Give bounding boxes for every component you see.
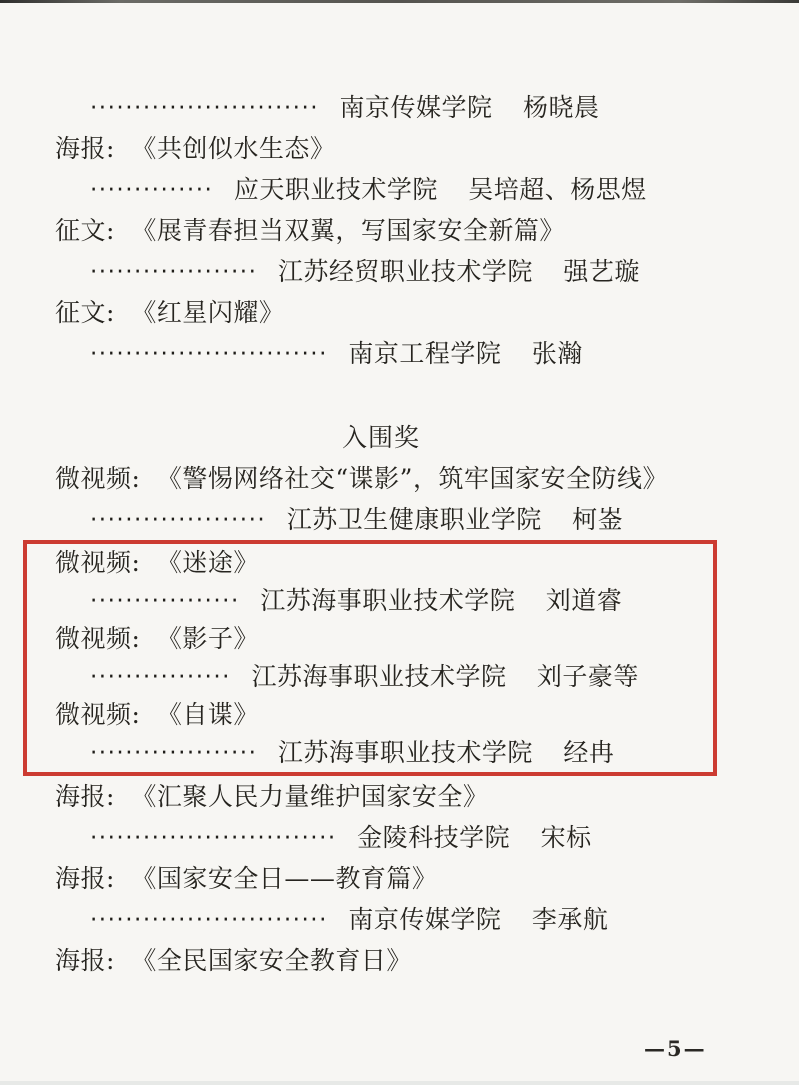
dot-leader: ·························· <box>90 95 319 121</box>
award-work-title: 《汇聚人民力量维护国家安全》 <box>131 782 488 811</box>
award-category: 征文: <box>55 298 115 327</box>
award-title-line: 海报: 《共创似水生态》 <box>55 128 749 169</box>
org-name: 南京工程学院 <box>348 339 501 368</box>
winner-name: 李承航 <box>532 905 609 934</box>
award-attribution-line: ··················· 江苏经贸职业技术学院 强艺璇 <box>55 251 749 292</box>
winner-name: 吴培超、杨思煜 <box>468 175 647 204</box>
award-title-line: 微视频: 《自谍》 <box>55 696 713 734</box>
award-attribution-line: ···················· 江苏卫生健康职业学院 柯崟 <box>55 499 749 540</box>
award-attribution-line: ················· 江苏海事职业技术学院 刘道睿 <box>55 582 713 620</box>
winner-name: 强艺璇 <box>563 257 640 286</box>
org-name: 应天职业技术学院 <box>234 175 438 204</box>
winner-name: 刘道睿 <box>546 586 623 615</box>
award-title-line: 海报: 《汇聚人民力量维护国家安全》 <box>55 776 749 817</box>
award-category: 征文: <box>55 216 115 245</box>
dot-leader: ················ <box>90 664 231 690</box>
award-attribution-line: ··························· 南京传媒学院 李承航 <box>55 899 749 940</box>
award-category: 微视频: <box>55 700 140 729</box>
award-title-line: 微视频: 《影子》 <box>55 620 713 658</box>
award-work-title: 《国家安全日——教育篇》 <box>131 864 437 893</box>
section-heading: 入围奖 <box>55 417 707 458</box>
dot-leader: ···················· <box>90 507 266 533</box>
award-title-line: 征文: 《红星闪耀》 <box>55 292 749 333</box>
award-work-title: 《红星闪耀》 <box>131 298 284 327</box>
award-category: 海报: <box>55 864 115 893</box>
award-category: 海报: <box>55 134 115 163</box>
winner-name: 张瀚 <box>532 339 583 368</box>
award-work-title: 《展青春担当双翼，写国家安全新篇》 <box>131 216 565 245</box>
org-name: 江苏海事职业技术学院 <box>278 738 533 767</box>
org-name: 江苏卫生健康职业学院 <box>287 505 542 534</box>
award-category: 海报: <box>55 782 115 811</box>
award-work-title: 《共创似水生态》 <box>131 134 335 163</box>
award-category: 海报: <box>55 946 115 975</box>
award-work-title: 《全民国家安全教育日》 <box>131 946 412 975</box>
winner-name: 经冉 <box>563 738 614 767</box>
award-title-line: 海报: 《全民国家安全教育日》 <box>55 940 749 981</box>
dot-leader: ·············· <box>90 177 213 203</box>
award-title-line: 征文: 《展青春担当双翼，写国家安全新篇》 <box>55 210 749 251</box>
dot-leader: ··················· <box>90 259 257 285</box>
scan-bottom-edge <box>0 1081 799 1085</box>
award-attribution-line: ·············· 应天职业技术学院 吴培超、杨思煜 <box>55 169 749 210</box>
winner-name: 杨晓晨 <box>523 93 600 122</box>
org-name: 江苏海事职业技术学院 <box>260 586 515 615</box>
award-list-page: ·························· 南京传媒学院 杨晓晨 海报… <box>55 87 749 981</box>
section-gap <box>55 374 749 417</box>
award-work-title: 《影子》 <box>157 624 259 653</box>
org-name: 南京传媒学院 <box>348 905 501 934</box>
winner-name: 宋标 <box>541 823 592 852</box>
award-attribution-line: ··················· 江苏海事职业技术学院 经冉 <box>55 734 713 772</box>
scan-top-edge <box>0 0 799 3</box>
winner-name: 刘子豪等 <box>537 662 639 691</box>
award-attribution-line: ·························· 南京传媒学院 杨晓晨 <box>55 87 749 128</box>
org-name: 江苏海事职业技术学院 <box>251 662 506 691</box>
winner-name: 柯崟 <box>572 505 623 534</box>
dot-leader: ··················· <box>90 740 257 766</box>
award-title-line: 微视频: 《迷途》 <box>55 544 713 582</box>
award-category: 微视频: <box>55 548 140 577</box>
org-name: 南京传媒学院 <box>340 93 493 122</box>
dot-leader: ··························· <box>90 341 328 367</box>
highlight-annotation-box: 微视频: 《迷途》 ················· 江苏海事职业技术学院 刘… <box>23 540 717 776</box>
page-number: —5— <box>644 1036 707 1061</box>
org-name: 江苏经贸职业技术学院 <box>278 257 533 286</box>
dot-leader: ················· <box>90 588 240 614</box>
award-work-title: 《警惕网络社交“谍影”，筑牢国家安全防线》 <box>157 464 668 493</box>
award-attribution-line: ···························· 金陵科技学院 宋标 <box>55 817 749 858</box>
award-category: 微视频: <box>55 624 140 653</box>
award-work-title: 《迷途》 <box>157 548 259 577</box>
dot-leader: ···························· <box>90 825 337 851</box>
award-attribution-line: ················ 江苏海事职业技术学院 刘子豪等 <box>55 658 713 696</box>
award-title-line: 微视频: 《警惕网络社交“谍影”，筑牢国家安全防线》 <box>55 458 749 499</box>
org-name: 金陵科技学院 <box>357 823 510 852</box>
award-category: 微视频: <box>55 464 140 493</box>
award-work-title: 《自谍》 <box>157 700 259 729</box>
award-attribution-line: ··························· 南京工程学院 张瀚 <box>55 333 749 374</box>
dot-leader: ··························· <box>90 907 328 933</box>
award-title-line: 海报: 《国家安全日——教育篇》 <box>55 858 749 899</box>
